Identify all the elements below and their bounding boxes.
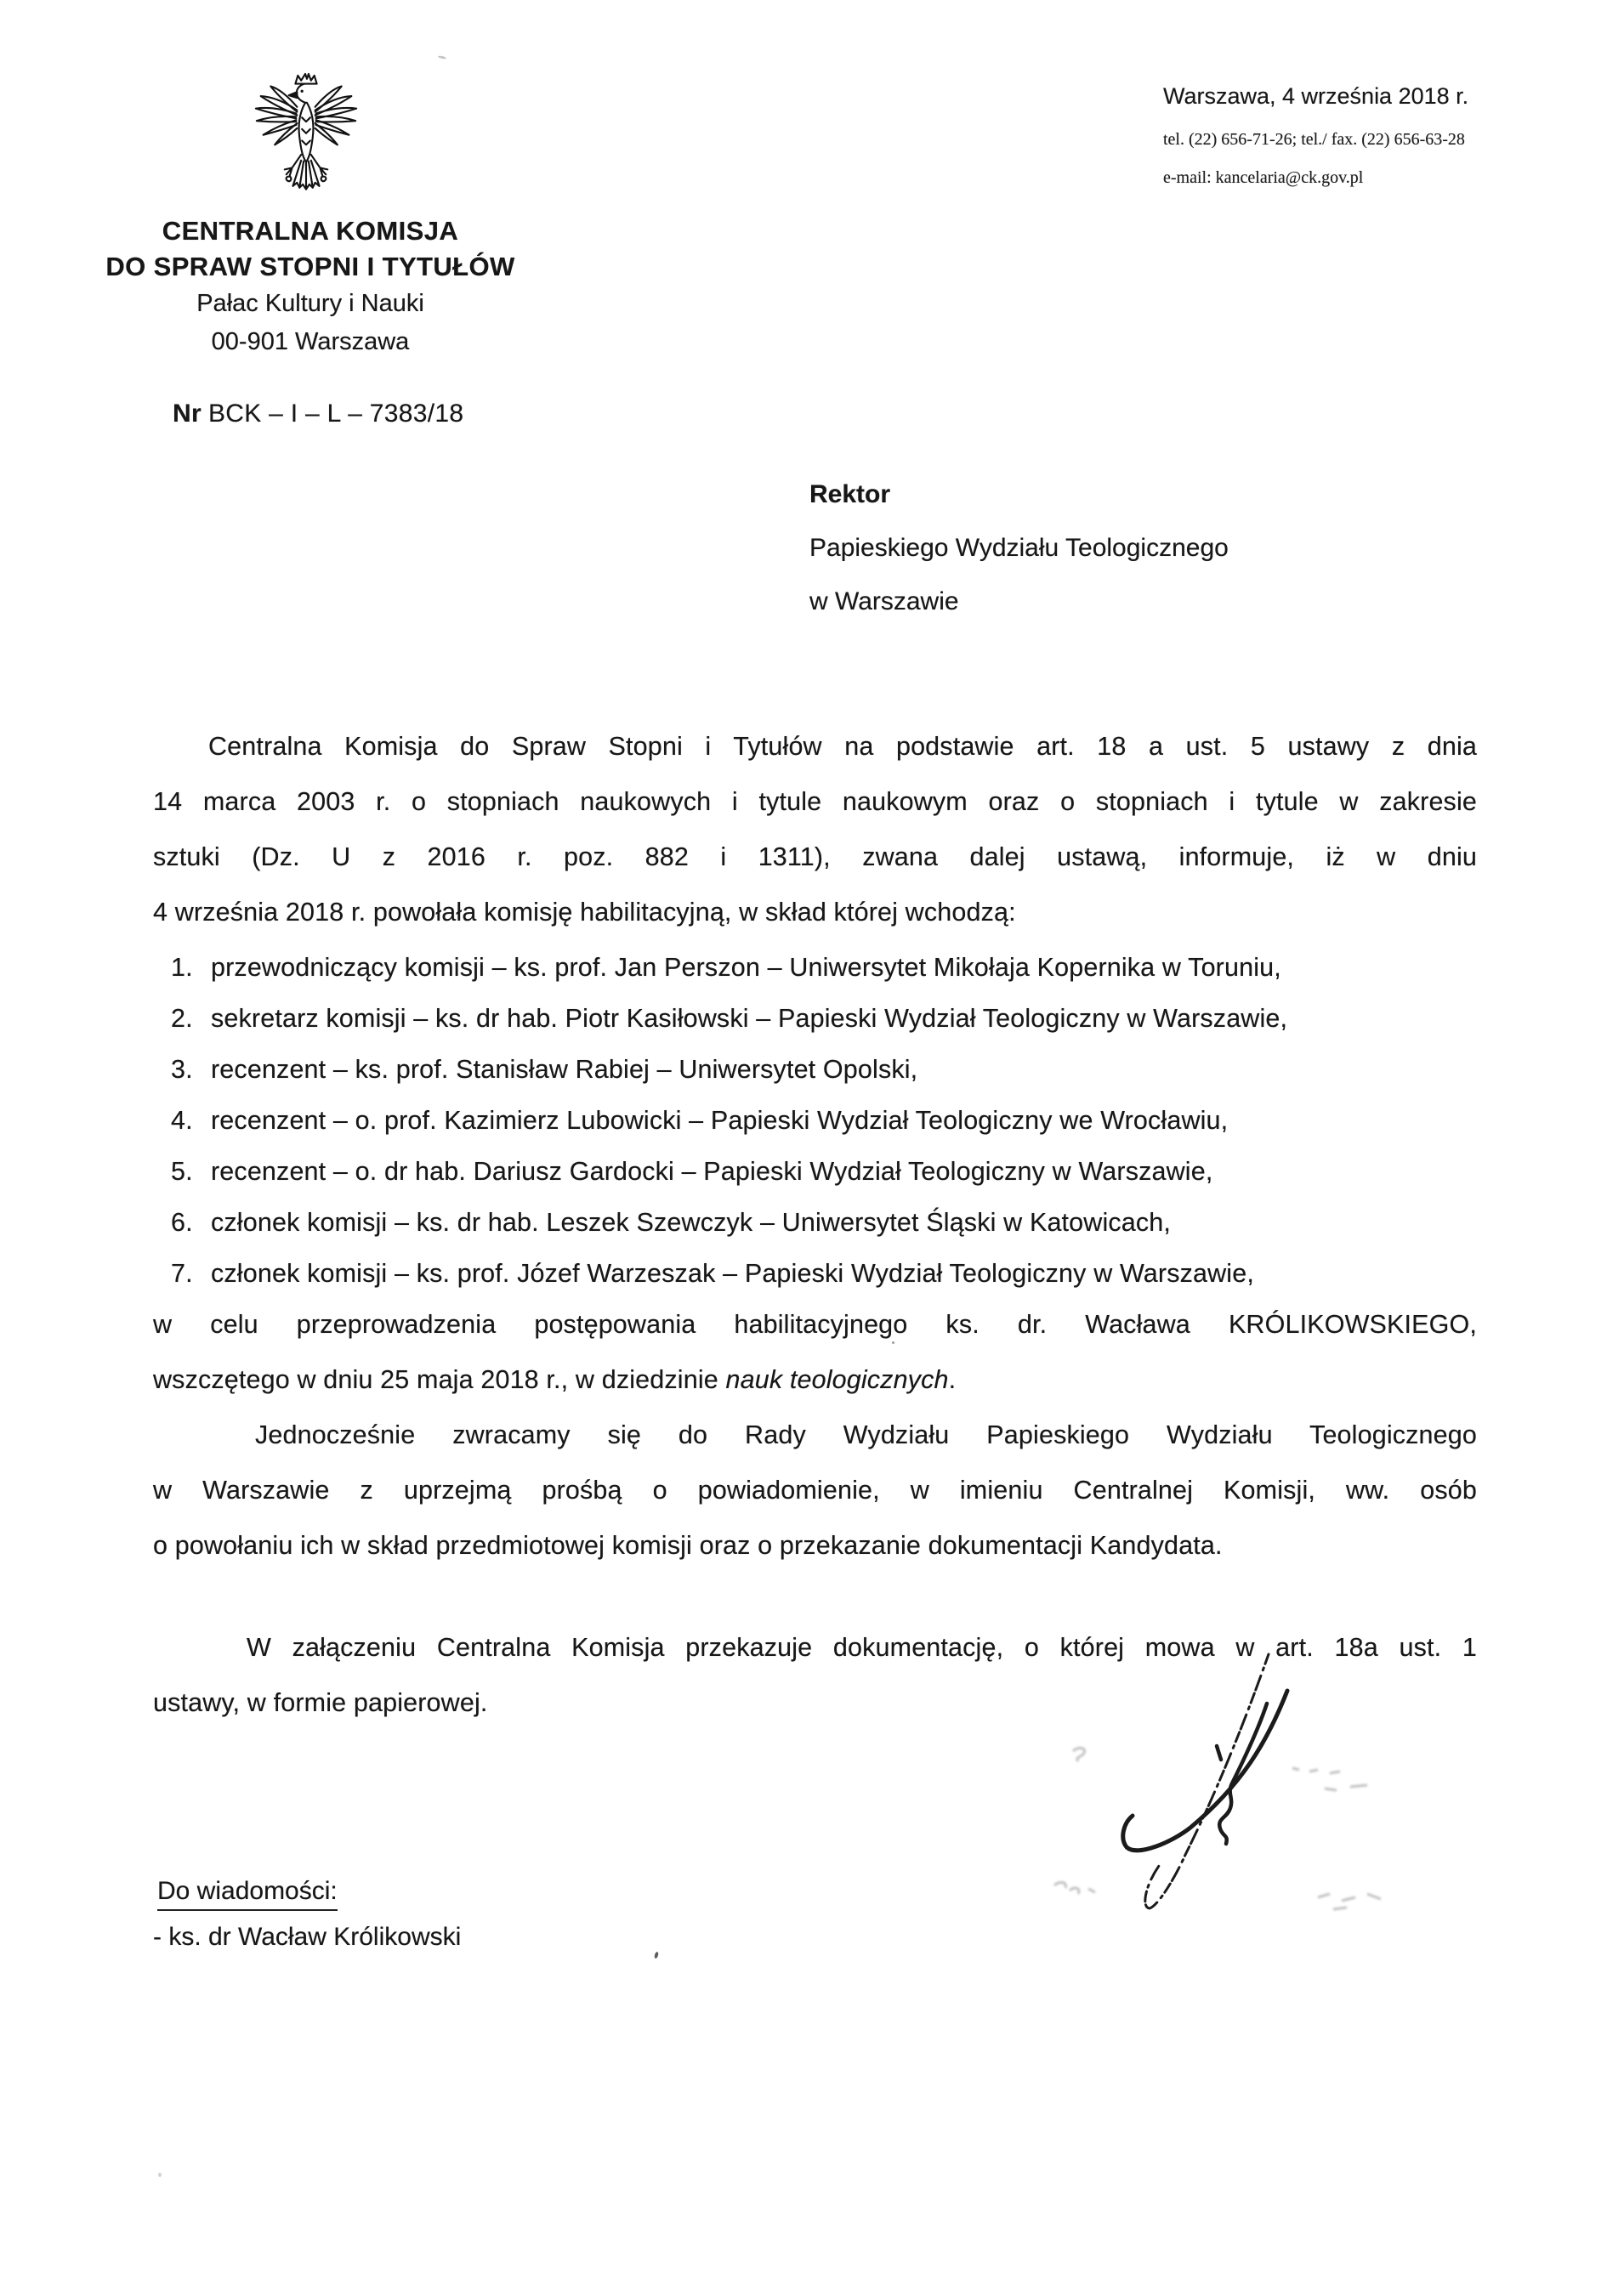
org-name-line2: DO SPRAW STOPNI I TYTUŁÓW [85,252,536,282]
faint-stamp-marks [1054,1748,1381,1909]
body-line: Jednocześnie zwracamy się do Rady Wydzia… [153,1418,1477,1452]
list-number: 5. [171,1154,211,1188]
body-line: 4 września 2018 r. powołała komisję habi… [153,895,1477,929]
scan-speck [158,2173,162,2177]
list-number: 3. [171,1052,211,1086]
list-item: 6.członek komisji – ks. dr hab. Leszek S… [171,1205,1171,1239]
body-line: sztuki (Dz. U z 2016 r. poz. 882 i 1311)… [153,840,1477,874]
reference-label: Nr [173,400,202,428]
list-item: 7.członek komisji – ks. prof. Józef Warz… [171,1256,1254,1290]
cc-heading: Do wiadomości: [157,1877,338,1911]
list-number: 4. [171,1103,211,1137]
list-item: 2.sekretarz komisji – ks. dr hab. Piotr … [171,1001,1287,1035]
recipient-title: Rektor [809,480,890,509]
phone-line: tel. (22) 656-71-26; tel./ fax. (22) 656… [1163,130,1465,150]
scan-speck [438,55,446,60]
list-text: recenzent – o. prof. Kazimierz Lubowicki… [211,1106,1228,1135]
reference-number: NrBCK – I – L – 7383/18 [173,400,463,428]
list-number: 7. [171,1256,211,1290]
reference-value: BCK – I – L – 7383/18 [208,400,463,428]
list-item: 5.recenzent – o. dr hab. Dariusz Gardock… [171,1154,1212,1188]
list-number: 6. [171,1205,211,1239]
org-address-line1: Pałac Kultury i Nauki [85,290,536,318]
body-text-italic: nauk teologicznych [725,1365,948,1394]
body-line: Centralna Komisja do Spraw Stopni i Tytu… [153,729,1477,763]
list-text: sekretarz komisji – ks. dr hab. Piotr Ka… [211,1004,1287,1033]
letter-page: CENTRALNA KOMISJA DO SPRAW STOPNI I TYTU… [0,0,1624,2296]
org-address-line2: 00-901 Warszawa [85,328,536,356]
recipient-city: w Warszawie [809,587,959,616]
right-wing [315,86,356,145]
place-and-date: Warszawa, 4 września 2018 r. [1163,83,1468,110]
cc-item: - ks. dr Wacław Królikowski [153,1923,461,1952]
list-text: członek komisji – ks. dr hab. Leszek Sze… [211,1208,1171,1237]
body-text: wszczętego w dniu 25 maja 2018 r., w dzi… [153,1365,725,1394]
polish-eagle-emblem-icon [253,71,360,207]
body-line: wszczętego w dniu 25 maja 2018 r., w dzi… [153,1363,1477,1397]
list-number: 1. [171,950,211,984]
body-line: w celu przeprowadzenia postępowania habi… [153,1307,1477,1341]
email-line: e-mail: kancelaria@ck.gov.pl [1163,168,1363,188]
recipient-institution: Papieskiego Wydziału Teologicznego [809,534,1229,563]
scan-speck [892,1341,894,1344]
body-line: 14 marca 2003 r. o stopniach naukowych i… [153,785,1477,819]
list-text: przewodniczący komisji – ks. prof. Jan P… [211,953,1281,982]
org-name-line1: CENTRALNA KOMISJA [85,216,536,247]
scan-speck [654,1952,659,1959]
body-text: . [949,1365,957,1394]
list-text: recenzent – ks. prof. Stanisław Rabiej –… [211,1055,917,1084]
list-item: 3.recenzent – ks. prof. Stanisław Rabiej… [171,1052,917,1086]
list-item: 4.recenzent – o. prof. Kazimierz Lubowic… [171,1103,1228,1137]
body-line: o powołaniu ich w skład przedmiotowej ko… [153,1528,1477,1562]
list-text: recenzent – o. dr hab. Dariusz Gardocki … [211,1157,1212,1186]
list-item: 1.przewodniczący komisji – ks. prof. Jan… [171,950,1281,984]
list-number: 2. [171,1001,211,1035]
handwritten-signature [1044,1642,1401,1940]
list-text: członek komisji – ks. prof. Józef Warzes… [211,1259,1254,1288]
body-line: w Warszawie z uprzejmą prośbą o powiadom… [153,1473,1477,1507]
